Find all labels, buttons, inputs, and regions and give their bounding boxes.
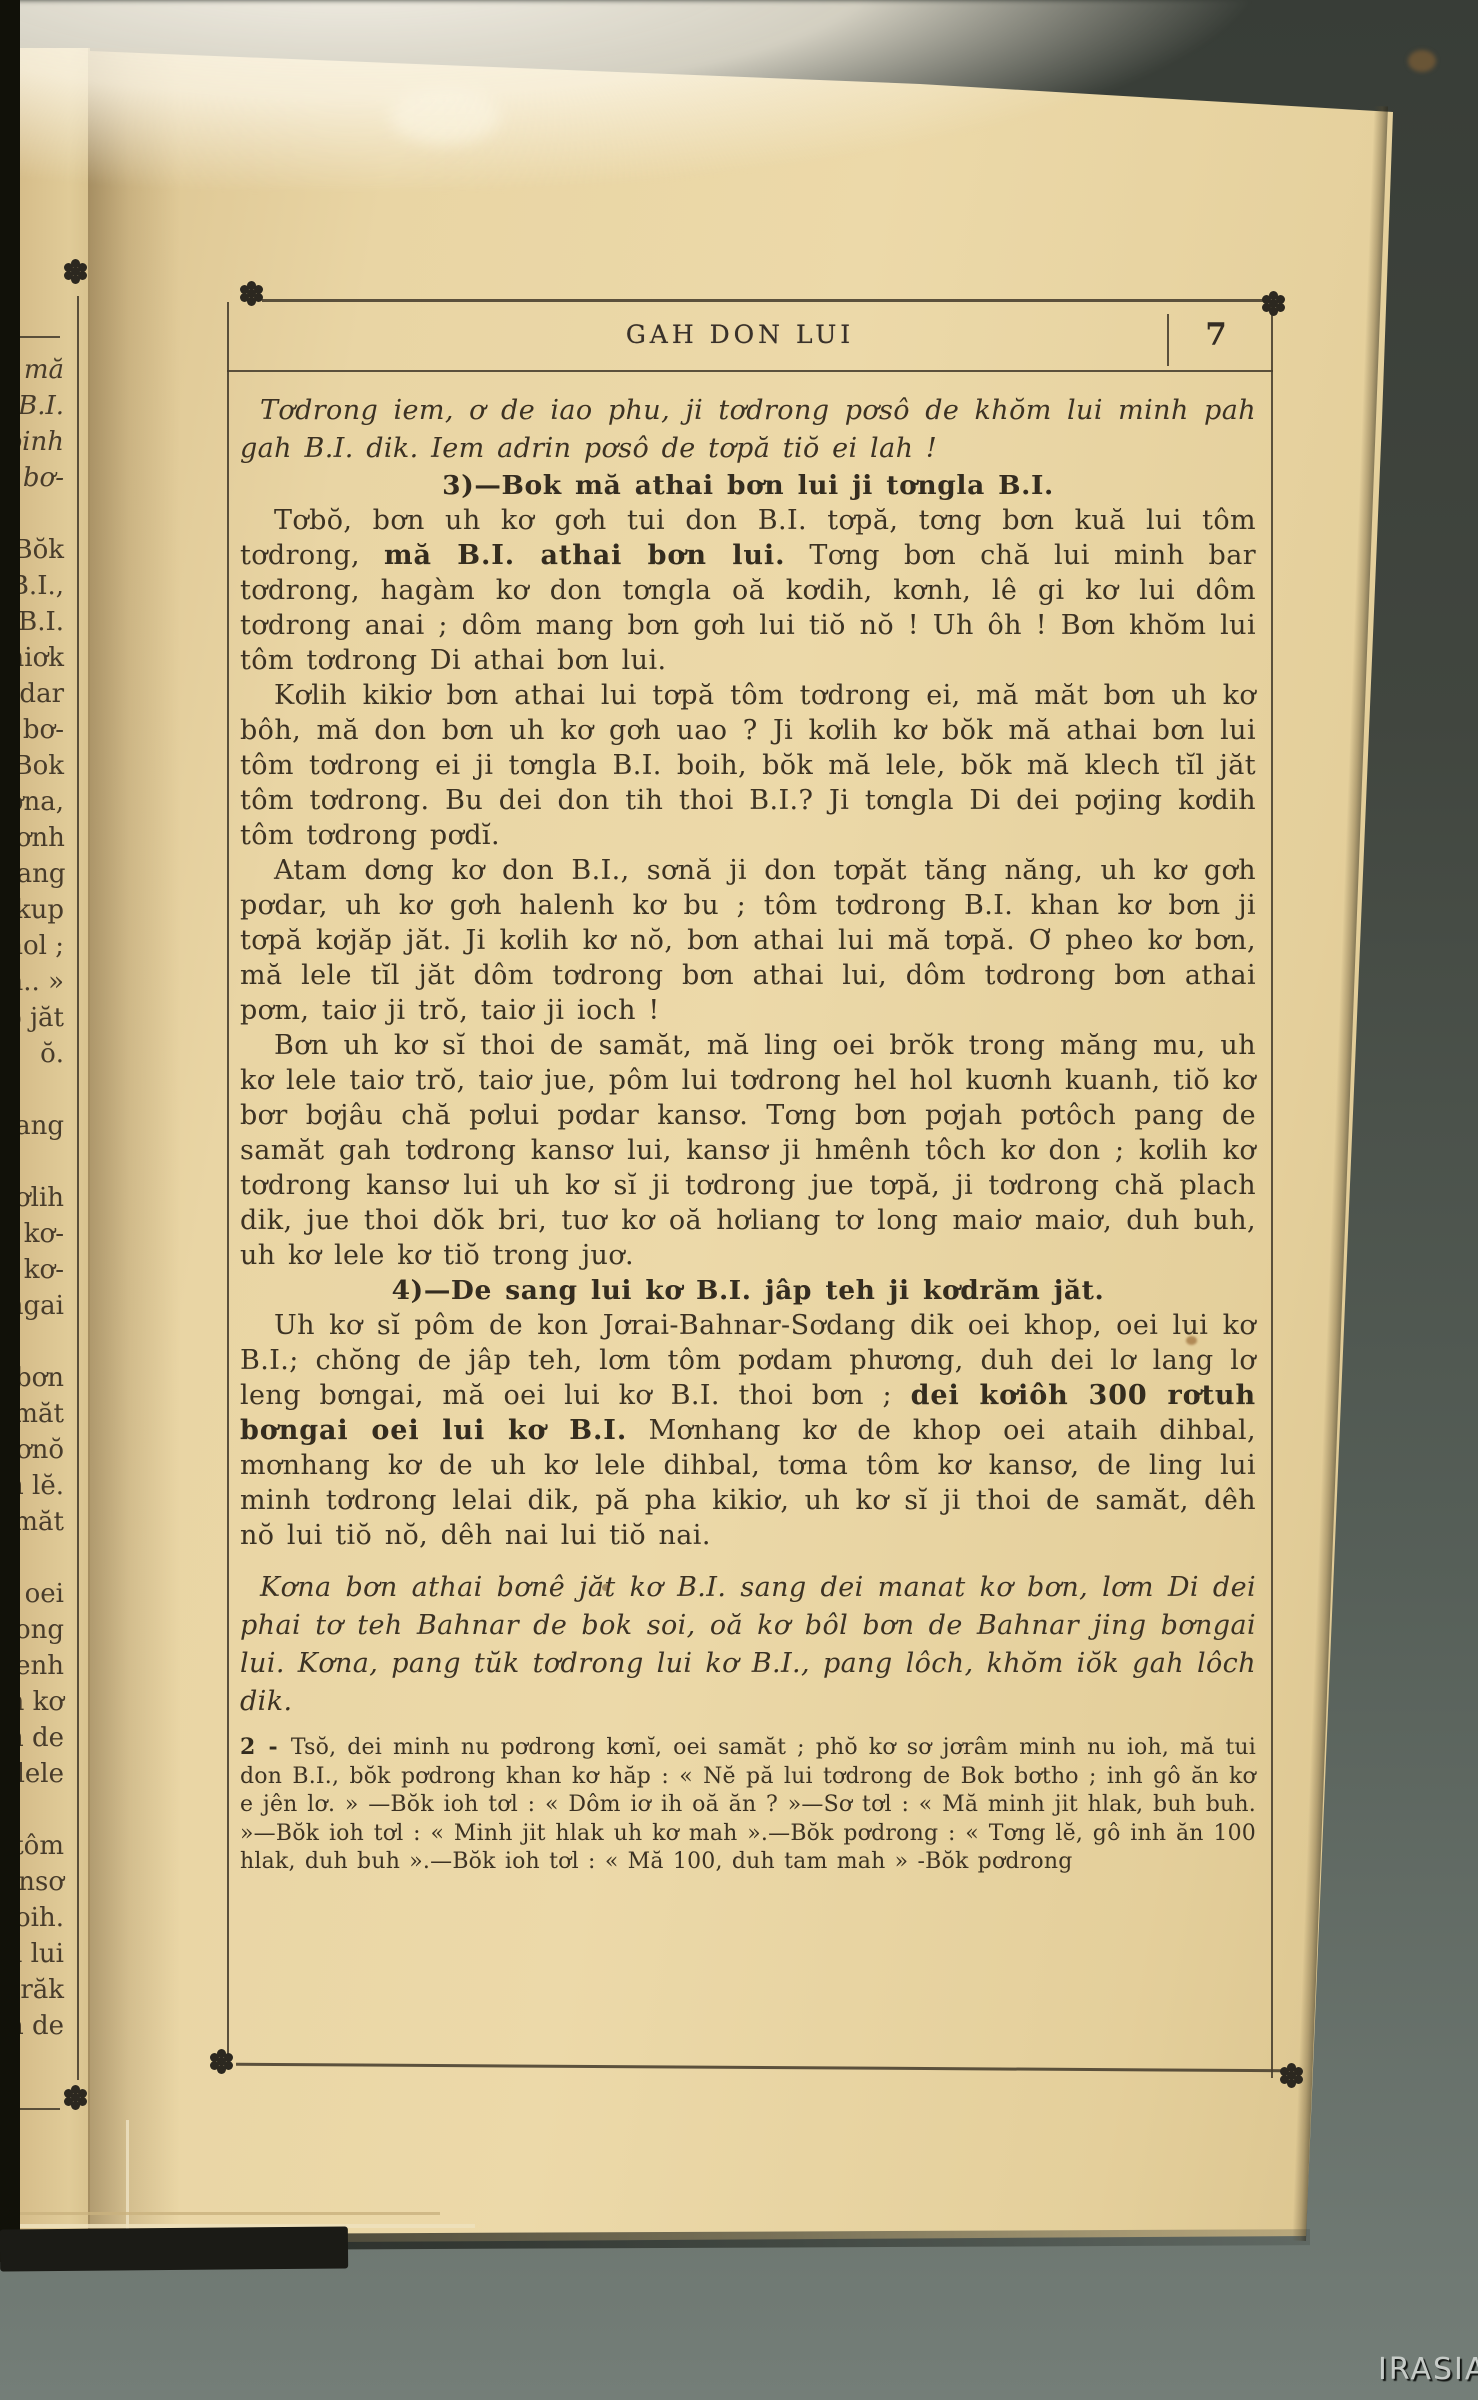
ornament-rosette	[62, 2084, 88, 2110]
facing-page-top-rule	[20, 336, 60, 338]
ornament-rosette	[238, 280, 264, 306]
running-header-title: GAH DON LUI	[320, 320, 1160, 349]
paper-stain	[602, 1584, 609, 1591]
section-3-paragraphs: Tơbŏ, bơn uh kơ gơh tui don B.I. tơpă, t…	[240, 503, 1256, 1273]
paragraph: Atam dơng kơ don B.I., sơnă ji don tơpăt…	[240, 853, 1256, 1028]
paper-stain	[1408, 50, 1436, 72]
ornament-rosette	[62, 258, 88, 284]
facing-page-bottom-rule	[20, 2108, 60, 2110]
page-number: 7	[1170, 317, 1262, 353]
footnote: 2 - Tsŏ, dei minh nu pơdrong kơnĭ, oei s…	[240, 1733, 1256, 1877]
ornament-rosette	[1278, 2062, 1304, 2088]
paper-stain	[390, 88, 500, 144]
facing-page-frame-rule	[77, 296, 79, 2080]
section-4-heading: 4)—De sang lui kơ B.I. jâp teh ji kơdrăm…	[240, 1273, 1256, 1308]
book-cover-left	[0, 0, 20, 2262]
paragraph: Tơbŏ, bơn uh kơ gơh tui don B.I. tơpă, t…	[240, 503, 1256, 678]
closing-italic-paragraph: Kơna bơn athai bơnê jăt kơ B.I. sang dei…	[240, 1569, 1256, 1721]
frame-rule-right	[1271, 306, 1273, 2078]
paragraph: Uh kơ sĭ pôm de kon Jơrai-Bahnar-Sơdang …	[240, 1308, 1256, 1553]
gutter-shadow	[88, 48, 180, 2242]
frame-rule-under-header	[227, 370, 1273, 372]
watermark-irasia: IRASIA	[1378, 2352, 1478, 2387]
book-cover-bottom	[0, 2226, 348, 2271]
section-3-heading: 3)—Bok mă athai bơn lui ji tơngla B.I.	[240, 468, 1256, 503]
frame-rule-left	[227, 302, 229, 2068]
paper-stain	[1186, 1336, 1197, 1345]
frame-rule-top	[262, 299, 1264, 302]
header-page-number-divider	[1167, 314, 1169, 366]
paragraph: Kơlih kikiơ bơn athai lui tơpă tôm tơdro…	[240, 678, 1256, 853]
section-4-paragraphs: Uh kơ sĭ pôm de kon Jơrai-Bahnar-Sơdang …	[240, 1308, 1256, 1553]
intro-italic-paragraph: Tơdrong iem, ơ de iao phu, ji tơdrong pơ…	[240, 392, 1256, 468]
page-stack-edge	[20, 2212, 440, 2215]
page-crease	[126, 2120, 129, 2236]
ornament-rosette	[208, 2048, 234, 2074]
paragraph: Bơn uh kơ sĭ thoi de samăt, mă ling oei …	[240, 1028, 1256, 1273]
ornament-rosette	[1260, 290, 1286, 316]
page-text-block: Tơdrong iem, ơ de iao phu, ji tơdrong pơ…	[240, 392, 1256, 1877]
scanned-book-page: măB.I.ɔinhbơ-BŏkB.I.,B.I.hiơkadarbơ-Bokơ…	[0, 0, 1478, 2400]
